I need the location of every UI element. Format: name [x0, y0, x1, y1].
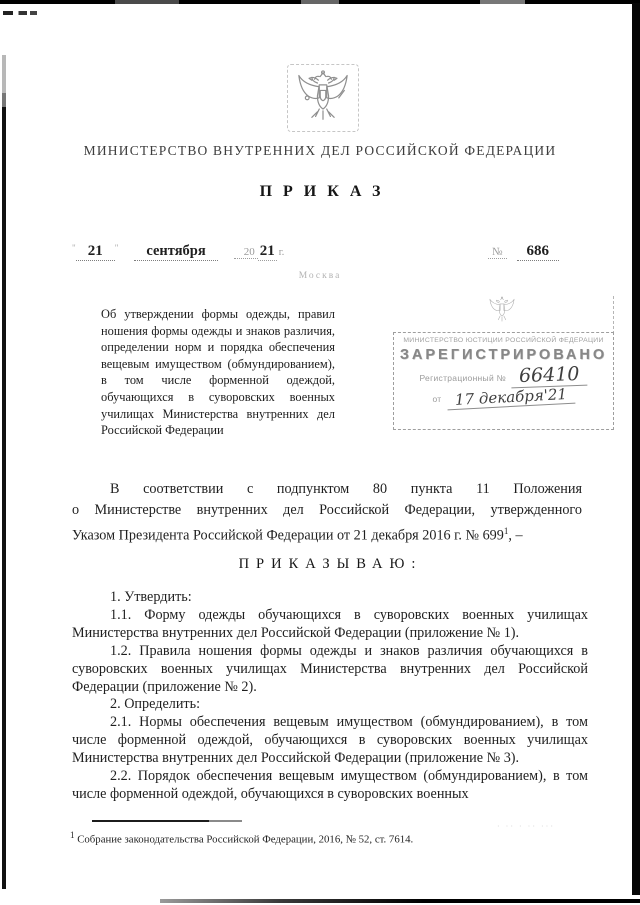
order-item-2-2: 2.2. Порядок обеспечения вещевым имущест… [72, 768, 588, 804]
year-prefix: 20 [234, 246, 258, 259]
preamble-line-2: о Министерстве внутренних дел Российской… [72, 500, 582, 521]
stamp-date-label: от [432, 394, 441, 404]
scan-edge-top [0, 0, 640, 4]
order-number: 686 [517, 243, 560, 261]
order-item-2: 2. Определить: [72, 696, 588, 714]
close-quote: " [115, 243, 119, 253]
scan-noise-top-left [3, 11, 37, 15]
stamp-eagle-icon [488, 296, 516, 328]
scan-edge-bottom [160, 899, 640, 903]
ministry-header: МИНИСТЕРСТВО ВНУТРЕННИХ ДЕЛ РОССИЙСКОЙ Ф… [0, 143, 640, 159]
city-label: Москва [0, 271, 640, 281]
stamp-org-line: МИНИСТЕРСТВО ЮСТИЦИИ РОССИЙСКОЙ ФЕДЕРАЦИ… [394, 337, 613, 344]
date-line: " 21 " сентября 20 21 г. [72, 243, 284, 261]
order-subject: Об утверждении формы одежды, правил ноше… [101, 306, 335, 439]
date-day: 21 [76, 243, 115, 261]
stamp-reg-number-handwritten: 66410 [511, 363, 588, 389]
order-item-1-2: 1.2. Правила ношения формы одежды и знак… [72, 643, 588, 697]
scanned-order-page: МИНИСТЕРСТВО ВНУТРЕННИХ ДЕЛ РОССИЙСКОЙ Ф… [0, 0, 640, 905]
bleed-through-artifact: · ·· · ·· ··· [497, 822, 607, 831]
order-items: 1. Утвердить: 1.1. Форму одежды обучающи… [72, 589, 588, 804]
scan-edge-right [632, 3, 640, 895]
date-year: 21 [258, 243, 277, 261]
stamp-border-fragment [613, 296, 614, 334]
footnote: 1 Собрание законодательства Российской Ф… [70, 830, 413, 846]
order-item-2-1: 2.1. Нормы обеспечения вещевым имущество… [72, 714, 588, 768]
stamp-date-handwritten: 17 декабря'21 [446, 385, 575, 411]
scan-edge-left [2, 55, 6, 889]
open-quote: " [72, 243, 76, 253]
double-headed-eagle-icon [295, 70, 351, 127]
number-sign: № [488, 246, 507, 259]
order-number-group: № 686 [488, 243, 559, 261]
document-type-title: ПРИКАЗ [0, 183, 640, 201]
year-suffix: г. [279, 247, 284, 258]
stamp-frame: МИНИСТЕРСТВО ЮСТИЦИИ РОССИЙСКОЙ ФЕДЕРАЦИ… [393, 332, 614, 430]
stamp-reg-number-label: Регистрационный № [419, 373, 506, 383]
preamble-paragraph: В соответствии с подпунктом 80 пункта 11… [72, 479, 582, 547]
registration-stamp: МИНИСТЕРСТВО ЮСТИЦИИ РОССИЙСКОЙ ФЕДЕРАЦИ… [393, 296, 614, 436]
preamble-line-1: В соответствии с подпунктом 80 пункта 11… [72, 479, 582, 500]
date-month: сентября [134, 243, 217, 261]
preamble-line-3: Указом Президента Российской Федерации о… [72, 521, 582, 547]
order-item-1: 1. Утвердить: [72, 589, 588, 607]
order-word: ПРИКАЗЫВАЮ: [72, 556, 582, 573]
stamp-registered-label: ЗАРЕГИСТРИРОВАНО [394, 347, 613, 363]
coat-of-arms-box [287, 64, 359, 132]
order-item-1-1: 1.1. Форму одежды обучающихся в суворовс… [72, 607, 588, 643]
footnote-divider [92, 820, 242, 822]
